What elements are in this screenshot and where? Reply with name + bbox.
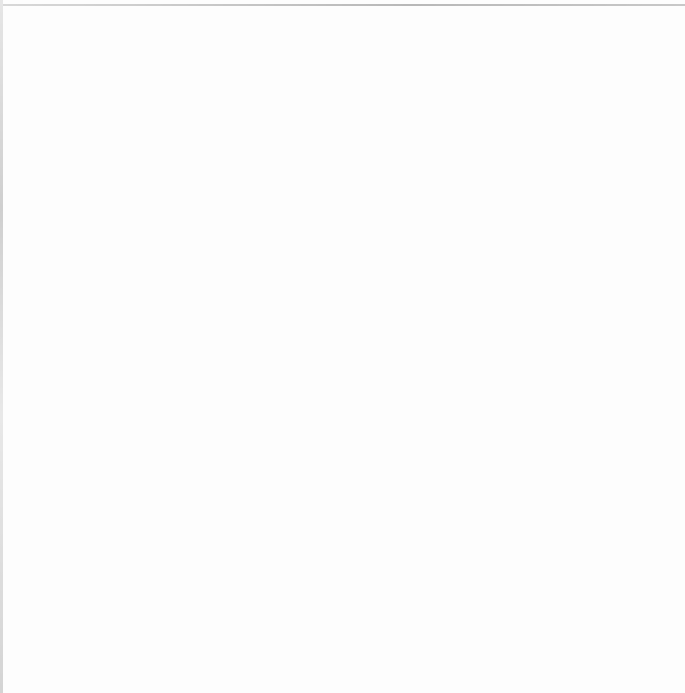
scan-edge-top [0, 4, 685, 6]
scan-edge-left [0, 0, 3, 693]
